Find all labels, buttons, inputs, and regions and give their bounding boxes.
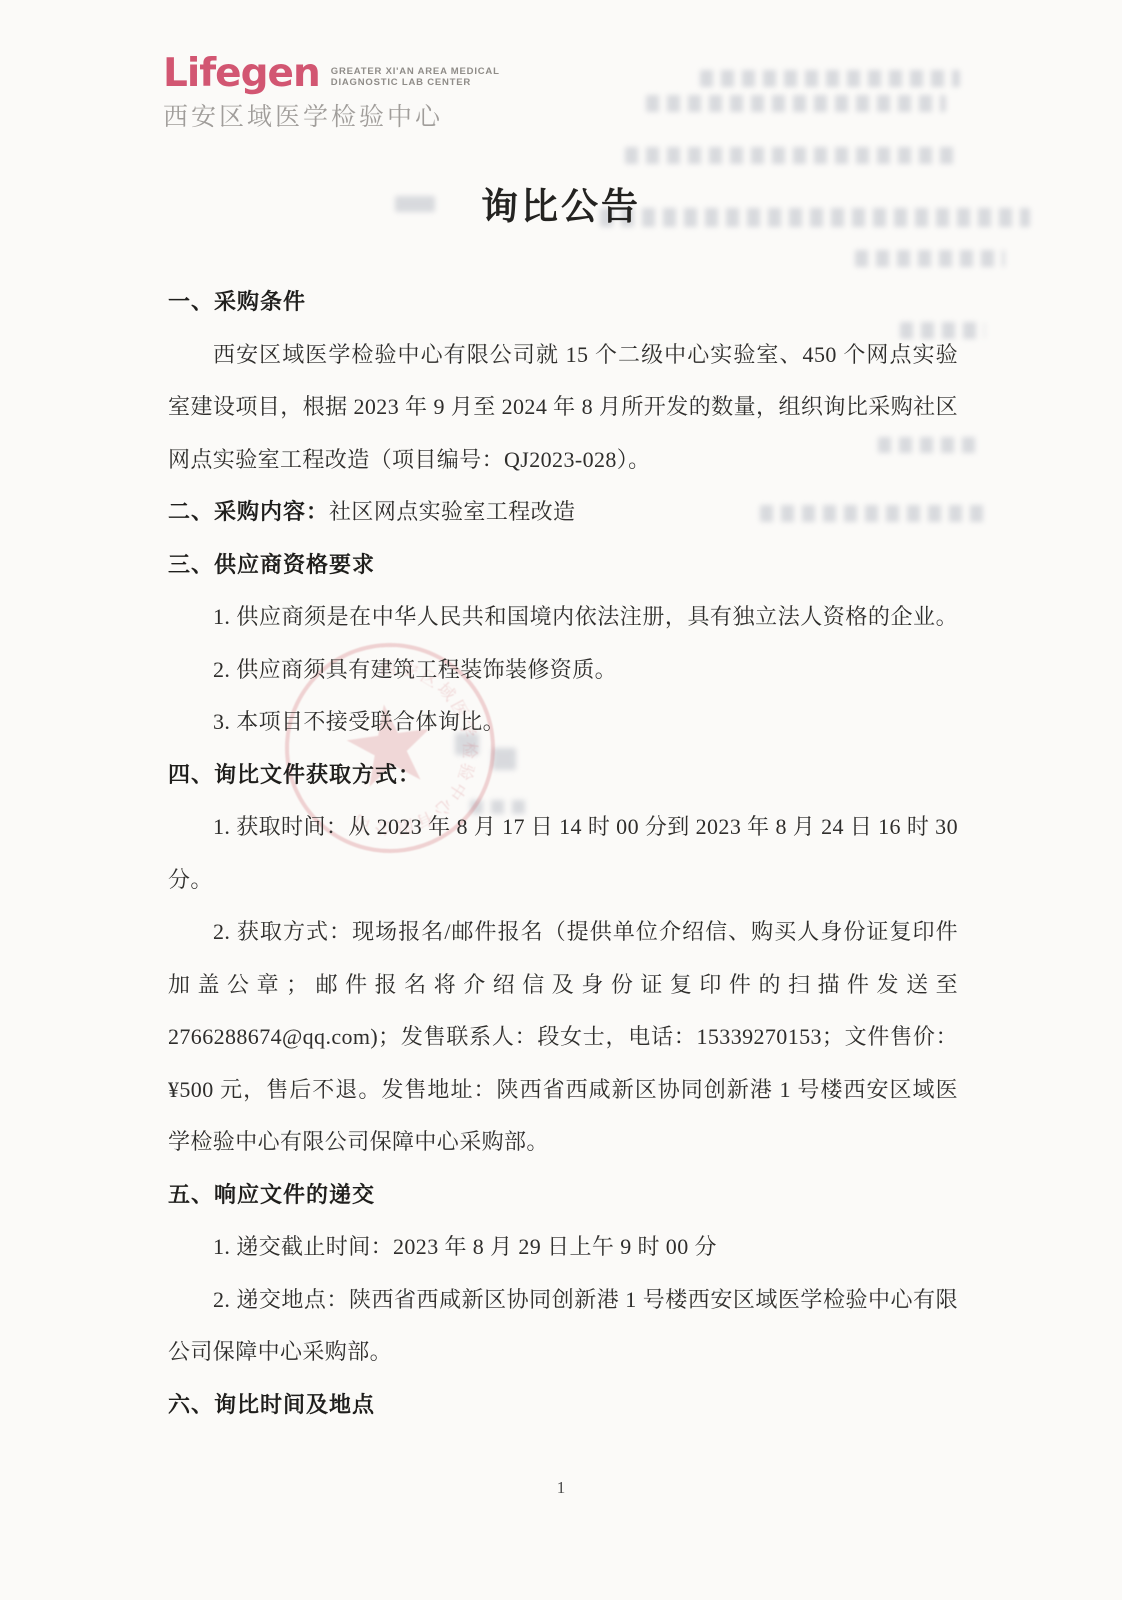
document-body: 一、采购条件 西安区域医学检验中心有限公司就 15 个二级中心实验室、450 个… (168, 276, 958, 1431)
section-3-heading: 三、供应商资格要求 (168, 539, 958, 592)
section-4-item: 学检验中心有限公司保障中心采购部。 (168, 1116, 958, 1169)
section-1-line: 室建设项目，根据 2023 年 9 月至 2024 年 8 月所开发的数量，组织… (168, 381, 958, 434)
section-2-heading-line: 二、采购内容：社区网点实验室工程改造 (168, 486, 958, 539)
section-4-item: 分。 (168, 854, 958, 907)
document-title: 询比公告 (0, 176, 1122, 230)
logo-wordmark: Lifegen (163, 54, 320, 94)
section-4-item: ¥500 元，售后不退。发售地址：陕西省西咸新区协同创新港 1 号楼西安区域医 (168, 1064, 958, 1117)
bleedthrough-smudge (855, 250, 1005, 267)
section-4-heading: 四、询比文件获取方式： (168, 749, 958, 802)
section-3-item: 3. 本项目不接受联合体询比。 (168, 696, 958, 749)
section-1-line: 网点实验室工程改造（项目编号：QJ2023-028）。 (168, 434, 958, 487)
section-4-item: 1. 获取时间：从 2023 年 8 月 17 日 14 时 00 分到 202… (168, 801, 958, 854)
bleedthrough-smudge (646, 95, 946, 112)
section-5-item: 1. 递交截止时间：2023 年 8 月 29 日上午 9 时 00 分 (168, 1221, 958, 1274)
section-3-item: 2. 供应商须具有建筑工程装饰装修资质。 (168, 644, 958, 697)
section-1-line: 西安区域医学检验中心有限公司就 15 个二级中心实验室、450 个网点实验 (168, 329, 958, 382)
logo: Lifegen GREATER XI'AN AREA MEDICAL DIAGN… (163, 54, 500, 133)
section-1-heading: 一、采购条件 (168, 276, 958, 329)
bleedthrough-smudge (625, 147, 955, 164)
section-5-item: 2. 递交地点：陕西省西咸新区协同创新港 1 号楼西安区域医学检验中心有限 (168, 1274, 958, 1327)
bleedthrough-smudge (700, 70, 960, 87)
section-6-heading: 六、询比时间及地点 (168, 1379, 958, 1432)
section-4-item: 2. 获取方式：现场报名/邮件报名（提供单位介绍信、购买人身份证复印件 (168, 906, 958, 959)
document-page: 西安区域医学检验中心有限公司 Lifegen GREATER XI'AN ARE… (0, 0, 1122, 1600)
logo-chinese-name: 西安区域医学检验中心 (163, 97, 500, 133)
logo-tagline-line1: GREATER XI'AN AREA MEDICAL (331, 66, 500, 77)
section-5-heading: 五、响应文件的递交 (168, 1169, 958, 1222)
logo-tagline-line2: DIAGNOSTIC LAB CENTER (331, 77, 471, 88)
section-3-item: 1. 供应商须是在中华人民共和国境内依法注册，具有独立法人资格的企业。 (168, 591, 958, 644)
section-4-item: 2766288674@qq.com)；发售联系人：段女士，电话：15339270… (168, 1011, 958, 1064)
section-2-text: 社区网点实验室工程改造 (329, 499, 575, 524)
page-number: 1 (0, 1478, 1122, 1498)
section-2-heading: 二、采购内容： (168, 499, 329, 524)
section-5-item: 公司保障中心采购部。 (168, 1326, 958, 1379)
section-4-item: 加盖公章；邮件报名将介绍信及身份证复印件的扫描件发送至 (168, 959, 958, 1012)
logo-tagline: GREATER XI'AN AREA MEDICAL DIAGNOSTIC LA… (331, 66, 500, 89)
